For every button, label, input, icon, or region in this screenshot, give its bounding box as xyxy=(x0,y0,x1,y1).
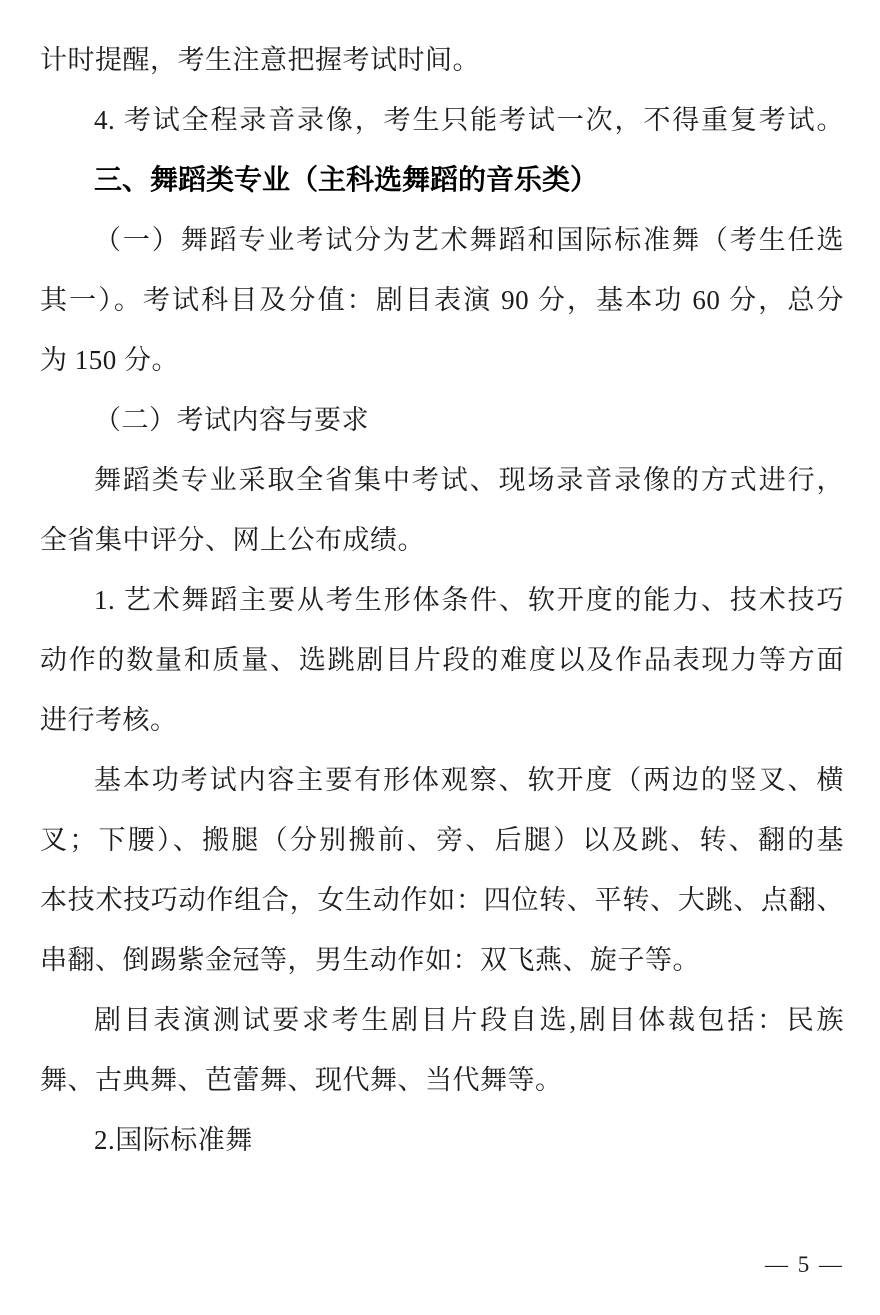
paragraph-line: 其一）。考试科目及分值：剧目表演 90 分，基本功 60 分，总分 xyxy=(40,270,844,330)
document-page: 计时提醒，考生注意把握考试时间。4. 考试全程录音录像，考生只能考试一次，不得重… xyxy=(0,0,880,1315)
paragraph-line: 1. 艺术舞蹈主要从考生形体条件、软开度的能力、技术技巧 xyxy=(40,570,844,630)
paragraph-line: （二）考试内容与要求 xyxy=(40,390,844,450)
paragraph-line: 动作的数量和质量、选跳剧目片段的难度以及作品表现力等方面 xyxy=(40,630,844,690)
paragraph-line: 基本功考试内容主要有形体观察、软开度（两边的竖叉、横 xyxy=(40,750,844,810)
paragraph-line: 舞蹈类专业采取全省集中考试、现场录音录像的方式进行， xyxy=(40,450,844,510)
page-number: — 5 — xyxy=(765,1248,844,1282)
paragraph-line: 本技术技巧动作组合，女生动作如：四位转、平转、大跳、点翻、 xyxy=(40,870,844,930)
section-heading: 三、舞蹈类专业（主科选舞蹈的音乐类） xyxy=(40,150,844,210)
paragraph-line: 舞、古典舞、芭蕾舞、现代舞、当代舞等。 xyxy=(40,1050,844,1110)
paragraph-line: 进行考核。 xyxy=(40,690,844,750)
paragraph-line: 叉；下腰）、搬腿（分别搬前、旁、后腿）以及跳、转、翻的基 xyxy=(40,810,844,870)
paragraph-line: （一）舞蹈专业考试分为艺术舞蹈和国际标准舞（考生任选 xyxy=(40,210,844,270)
paragraph-line: 串翻、倒踢紫金冠等，男生动作如：双飞燕、旋子等。 xyxy=(40,930,844,990)
paragraph-line: 2.国际标准舞 xyxy=(40,1110,844,1170)
paragraph-line: 全省集中评分、网上公布成绩。 xyxy=(40,510,844,570)
paragraph-line: 计时提醒，考生注意把握考试时间。 xyxy=(40,30,844,90)
paragraph-line: 为 150 分。 xyxy=(40,330,844,390)
paragraph-line: 4. 考试全程录音录像，考生只能考试一次，不得重复考试。 xyxy=(40,90,844,150)
paragraph-line: 剧目表演测试要求考生剧目片段自选,剧目体裁包括：民族 xyxy=(40,990,844,1050)
